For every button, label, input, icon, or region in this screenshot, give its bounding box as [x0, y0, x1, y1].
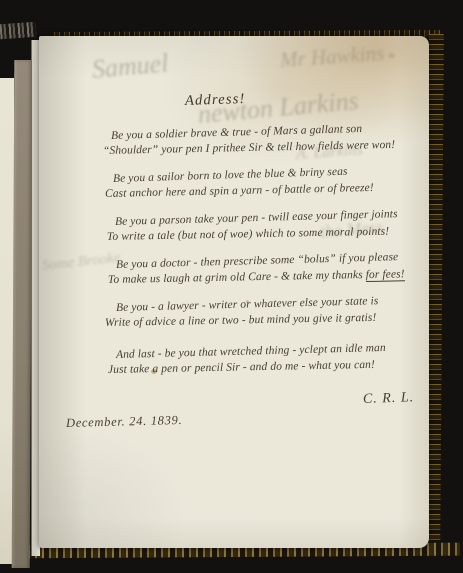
date-inscription: December. 24. 1839. — [66, 413, 183, 431]
underlined-phrase: for fees! — [366, 268, 405, 282]
frayed-cloth-corner — [0, 22, 36, 39]
binding-gutter-strip — [12, 60, 33, 568]
poem-title: Address! — [185, 91, 246, 110]
signature: C. R. L. — [363, 390, 415, 408]
manuscript-photo: Samuel Mr Hawkins newton Larkins A. Lark… — [0, 0, 463, 573]
foxing-spot — [388, 53, 395, 58]
